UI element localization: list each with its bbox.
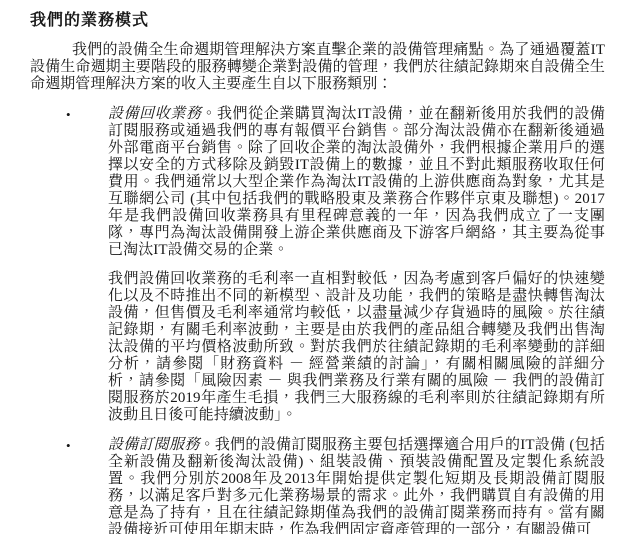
item-text: 設備訂閱服務。我們的設備訂閱服務主要包括選擇適合用戶的IT設備 (包括全新設備及… xyxy=(108,437,605,534)
list-item-equipment-recycling: • 設備回收業務。我們從企業購買淘汰IT設備，並在翻新後用於我們的設備訂閱服務或… xyxy=(30,106,605,259)
page-title: 我們的業務模式 xyxy=(30,11,605,31)
document-page: 我們的業務模式 我們的設備全生命週期管理解決方案直擊企業的設備管理痛點。為了通過… xyxy=(0,0,634,534)
bullet-icon: • xyxy=(30,106,108,259)
list-item-equipment-subscription: • 設備訂閱服務。我們的設備訂閱服務主要包括選擇適合用戶的IT設備 (包括全新設… xyxy=(30,437,605,534)
intro-paragraph: 我們的設備全生命週期管理解決方案直擊企業的設備管理痛點。為了通過覆蓋IT設備生命… xyxy=(30,42,605,93)
item-text: 設備回收業務。我們從企業購買淘汰IT設備，並在翻新後用於我們的設備訂閱服務或通過… xyxy=(108,106,605,259)
term-label-recycling: 設備回收業務 xyxy=(108,106,201,122)
term-label-subscription: 設備訂閱服務 xyxy=(108,437,200,453)
item-body-text-recycling: 。我們從企業購買淘汰IT設備，並在翻新後用於我們的設備訂閱服務或通過我們的專有報… xyxy=(108,106,605,258)
continuation-paragraph-gross-margin: 我們設備回收業務的毛利率一直相對較低，因為考慮到客戶偏好的快速變化以及不時推出不… xyxy=(108,271,605,424)
bullet-icon: • xyxy=(30,437,108,534)
